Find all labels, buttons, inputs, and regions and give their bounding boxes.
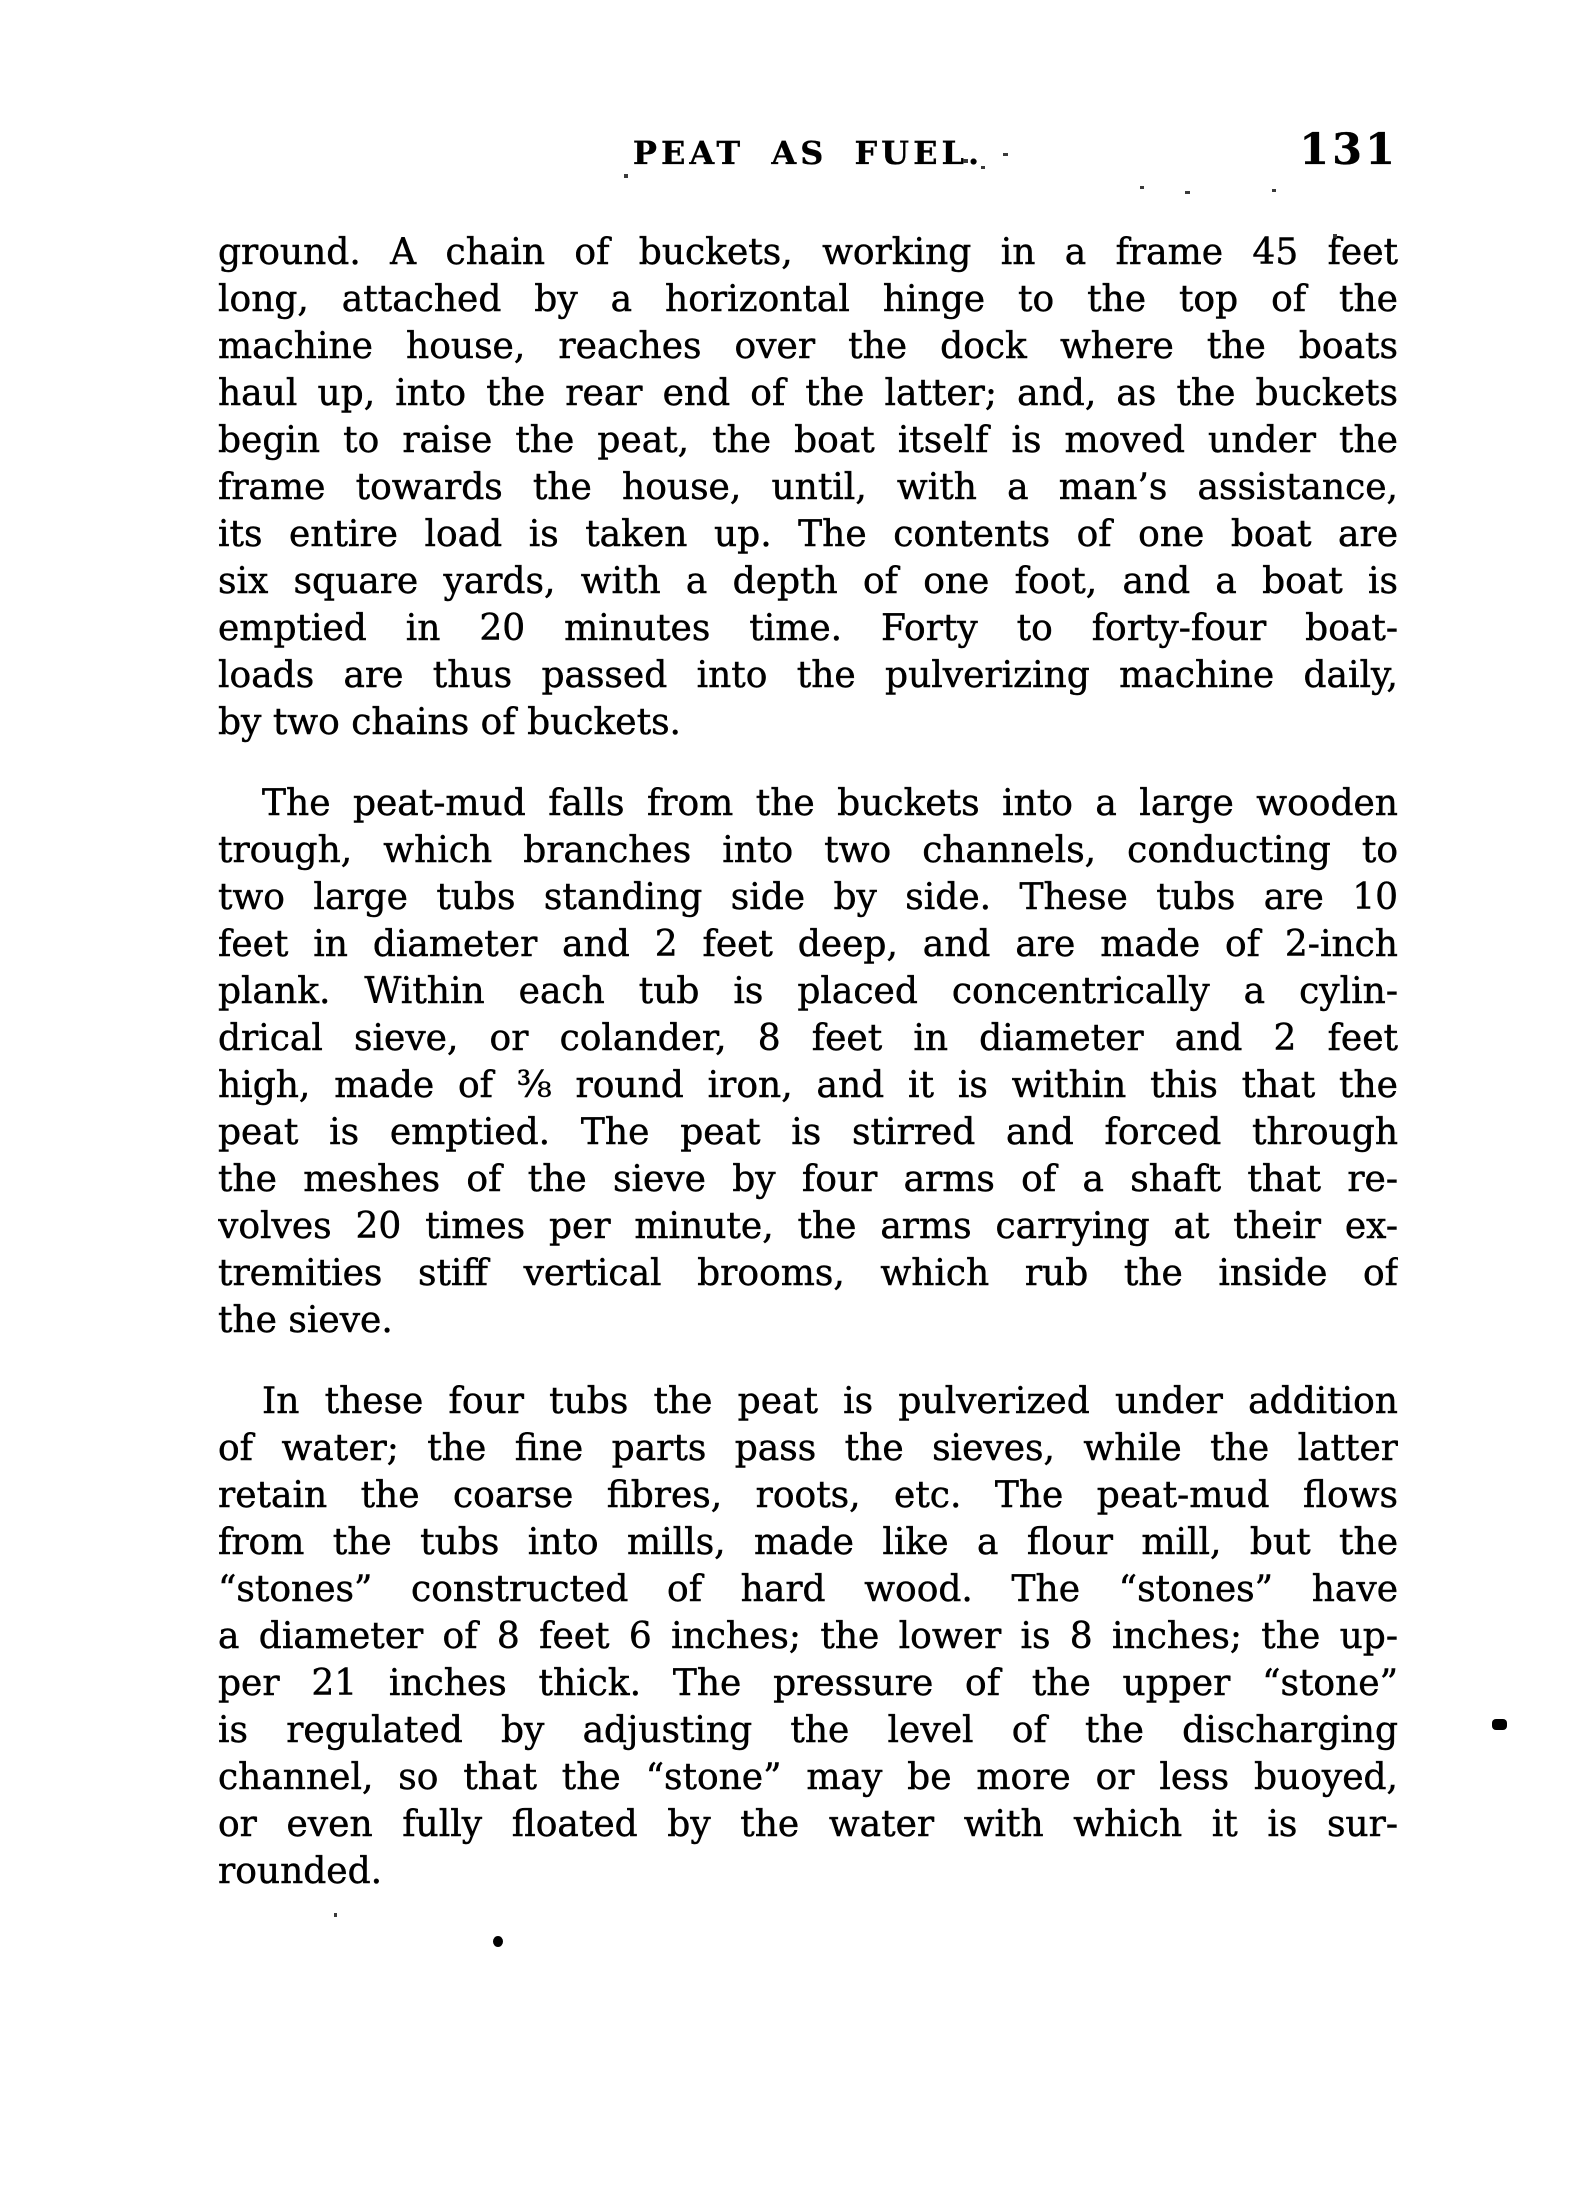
text-line: drical sieve, or colander, 8 feet in dia… [218,1015,1398,1062]
text-line: is regulated by adjusting the level of t… [218,1707,1398,1754]
text-line: machine house, reaches over the dock whe… [218,323,1398,370]
text-line: emptied in 20 minutes time. Forty to for… [218,605,1398,652]
text-line: a diameter of 8 feet 6 inches; the lower… [218,1613,1398,1660]
ink-dot [493,1936,503,1947]
scan-speck [624,174,628,178]
scan-speck [1185,191,1190,194]
text-line: long, attached by a horizontal hinge to … [218,276,1398,323]
scan-speck [334,1913,337,1917]
text-line: ground. A chain of buckets, working in a… [218,229,1398,276]
text-line: begin to raise the peat, the boat itself… [218,417,1398,464]
text-line: In these four tubs the peat is pulverize… [218,1378,1398,1425]
text-line: six square yards, with a depth of one fo… [218,558,1398,605]
text-line: retain the coarse fibres, roots, etc. Th… [218,1472,1398,1519]
text-line: volves 20 times per minute, the arms car… [218,1203,1398,1250]
text-line: “stones” constructed of hard wood. The “… [218,1566,1398,1613]
scan-speck [963,159,968,163]
scan-speck [1140,186,1144,189]
text-line: two large tubs standing side by side. Th… [218,874,1398,921]
text-line: per 21 inches thick. The pressure of the… [218,1660,1398,1707]
text-line: feet in diameter and 2 feet deep, and ar… [218,921,1398,968]
paragraph: ground. A chain of buckets, working in a… [218,229,1398,746]
text-block: ground. A chain of buckets, working in a… [218,229,1398,1895]
page-number: 131 [1299,127,1398,173]
book-page: PEAT AS FUEL. 131 ground. A chain of buc… [0,0,1569,2198]
text-line: from the tubs into mills, made like a fl… [218,1519,1398,1566]
paragraph: The peat-mud falls from the buckets into… [218,780,1398,1344]
ink-blot [1492,1719,1507,1730]
text-line: frame towards the house, until, with a m… [218,464,1398,511]
text-line: its entire load is taken up. The content… [218,511,1398,558]
text-line: or even fully floated by the water with … [218,1801,1398,1848]
scan-speck [981,166,985,169]
text-line: of water; the fine parts pass the sieves… [218,1425,1398,1472]
text-line: the meshes of the sieve by four arms of … [218,1156,1398,1203]
text-line: by two chains of buckets. [218,699,1398,746]
text-line: The peat-mud falls from the buckets into… [218,780,1398,827]
text-line: channel, so that the “stone” may be more… [218,1754,1398,1801]
text-line: rounded. [218,1848,1398,1895]
text-line: plank. Within each tub is placed concent… [218,968,1398,1015]
text-line: tremities stiff vertical brooms, which r… [218,1250,1398,1297]
paragraph: In these four tubs the peat is pulverize… [218,1378,1398,1895]
scan-speck [1003,153,1008,156]
text-line: haul up, into the rear end of the latter… [218,370,1398,417]
text-line: the sieve. [218,1297,1398,1344]
scan-speck [1272,189,1276,192]
text-line: high, made of ⅜ round iron, and it is wi… [218,1062,1398,1109]
running-title: PEAT AS FUEL. [218,130,1398,176]
text-line: trough, which branches into two channels… [218,827,1398,874]
page-header: PEAT AS FUEL. 131 [218,130,1398,180]
text-line: peat is emptied. The peat is stirred and… [218,1109,1398,1156]
scan-speck [1333,234,1337,238]
text-line: loads are thus passed into the pulverizi… [218,652,1398,699]
